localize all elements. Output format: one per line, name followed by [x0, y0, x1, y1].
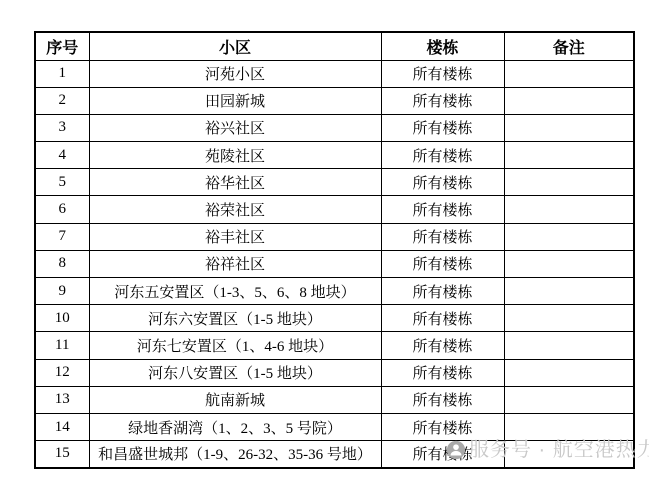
table-row: 1河苑小区所有楼栋	[35, 60, 634, 87]
row-building: 所有楼栋	[381, 441, 504, 468]
community-table: 序号 小区 楼栋 备注 1河苑小区所有楼栋2田园新城所有楼栋3裕兴社区所有楼栋4…	[34, 31, 635, 469]
row-community: 裕兴社区	[89, 114, 381, 141]
row-seq: 8	[35, 250, 89, 277]
row-seq: 9	[35, 278, 89, 305]
row-seq: 14	[35, 413, 89, 440]
row-building: 所有楼栋	[381, 142, 504, 169]
row-seq: 15	[35, 441, 89, 468]
row-remark	[504, 87, 634, 114]
row-community: 裕丰社区	[89, 223, 381, 250]
row-community: 航南新城	[89, 386, 381, 413]
header-community: 小区	[89, 32, 381, 60]
row-building: 所有楼栋	[381, 305, 504, 332]
row-building: 所有楼栋	[381, 250, 504, 277]
row-seq: 1	[35, 60, 89, 87]
table-row: 8裕祥社区所有楼栋	[35, 250, 634, 277]
table-row: 6裕荣社区所有楼栋	[35, 196, 634, 223]
row-seq: 2	[35, 87, 89, 114]
row-remark	[504, 305, 634, 332]
row-building: 所有楼栋	[381, 87, 504, 114]
row-community: 苑陵社区	[89, 142, 381, 169]
row-seq: 13	[35, 386, 89, 413]
row-building: 所有楼栋	[381, 196, 504, 223]
row-seq: 11	[35, 332, 89, 359]
row-building: 所有楼栋	[381, 169, 504, 196]
table-row: 5裕华社区所有楼栋	[35, 169, 634, 196]
table-row: 11河东七安置区（1、4-6 地块）所有楼栋	[35, 332, 634, 359]
row-seq: 5	[35, 169, 89, 196]
row-building: 所有楼栋	[381, 413, 504, 440]
row-building: 所有楼栋	[381, 386, 504, 413]
table-row: 9河东五安置区（1-3、5、6、8 地块）所有楼栋	[35, 278, 634, 305]
row-seq: 12	[35, 359, 89, 386]
row-remark	[504, 196, 634, 223]
row-building: 所有楼栋	[381, 223, 504, 250]
row-community: 绿地香湖湾（1、2、3、5 号院）	[89, 413, 381, 440]
page: 序号 小区 楼栋 备注 1河苑小区所有楼栋2田园新城所有楼栋3裕兴社区所有楼栋4…	[0, 0, 649, 483]
row-building: 所有楼栋	[381, 332, 504, 359]
row-remark	[504, 250, 634, 277]
row-remark	[504, 413, 634, 440]
row-community: 河苑小区	[89, 60, 381, 87]
table-header: 序号 小区 楼栋 备注	[35, 32, 634, 60]
table-row: 10河东六安置区（1-5 地块）所有楼栋	[35, 305, 634, 332]
row-community: 河东七安置区（1、4-6 地块）	[89, 332, 381, 359]
table-body: 1河苑小区所有楼栋2田园新城所有楼栋3裕兴社区所有楼栋4苑陵社区所有楼栋5裕华社…	[35, 60, 634, 468]
row-seq: 4	[35, 142, 89, 169]
table-row: 2田园新城所有楼栋	[35, 87, 634, 114]
row-remark	[504, 278, 634, 305]
table-row: 3裕兴社区所有楼栋	[35, 114, 634, 141]
row-seq: 10	[35, 305, 89, 332]
row-community: 裕祥社区	[89, 250, 381, 277]
row-community: 田园新城	[89, 87, 381, 114]
row-remark	[504, 142, 634, 169]
row-building: 所有楼栋	[381, 114, 504, 141]
row-remark	[504, 332, 634, 359]
row-building: 所有楼栋	[381, 278, 504, 305]
row-community: 裕华社区	[89, 169, 381, 196]
table-row: 14绿地香湖湾（1、2、3、5 号院）所有楼栋	[35, 413, 634, 440]
row-remark	[504, 169, 634, 196]
header-seq: 序号	[35, 32, 89, 60]
row-seq: 7	[35, 223, 89, 250]
row-remark	[504, 359, 634, 386]
row-community: 裕荣社区	[89, 196, 381, 223]
table-row: 7裕丰社区所有楼栋	[35, 223, 634, 250]
table-header-row: 序号 小区 楼栋 备注	[35, 32, 634, 60]
row-remark	[504, 223, 634, 250]
row-building: 所有楼栋	[381, 60, 504, 87]
row-remark	[504, 386, 634, 413]
header-building: 楼栋	[381, 32, 504, 60]
row-remark	[504, 114, 634, 141]
header-remark: 备注	[504, 32, 634, 60]
row-community: 河东六安置区（1-5 地块）	[89, 305, 381, 332]
row-remark	[504, 60, 634, 87]
table-row: 4苑陵社区所有楼栋	[35, 142, 634, 169]
row-seq: 3	[35, 114, 89, 141]
row-community: 河东五安置区（1-3、5、6、8 地块）	[89, 278, 381, 305]
table-row: 13航南新城所有楼栋	[35, 386, 634, 413]
table-row: 12河东八安置区（1-5 地块）所有楼栋	[35, 359, 634, 386]
row-community: 和昌盛世城邦（1-9、26-32、35-36 号地）	[89, 441, 381, 468]
row-building: 所有楼栋	[381, 359, 504, 386]
row-remark	[504, 441, 634, 468]
row-seq: 6	[35, 196, 89, 223]
row-community: 河东八安置区（1-5 地块）	[89, 359, 381, 386]
table-row: 15和昌盛世城邦（1-9、26-32、35-36 号地）所有楼栋	[35, 441, 634, 468]
